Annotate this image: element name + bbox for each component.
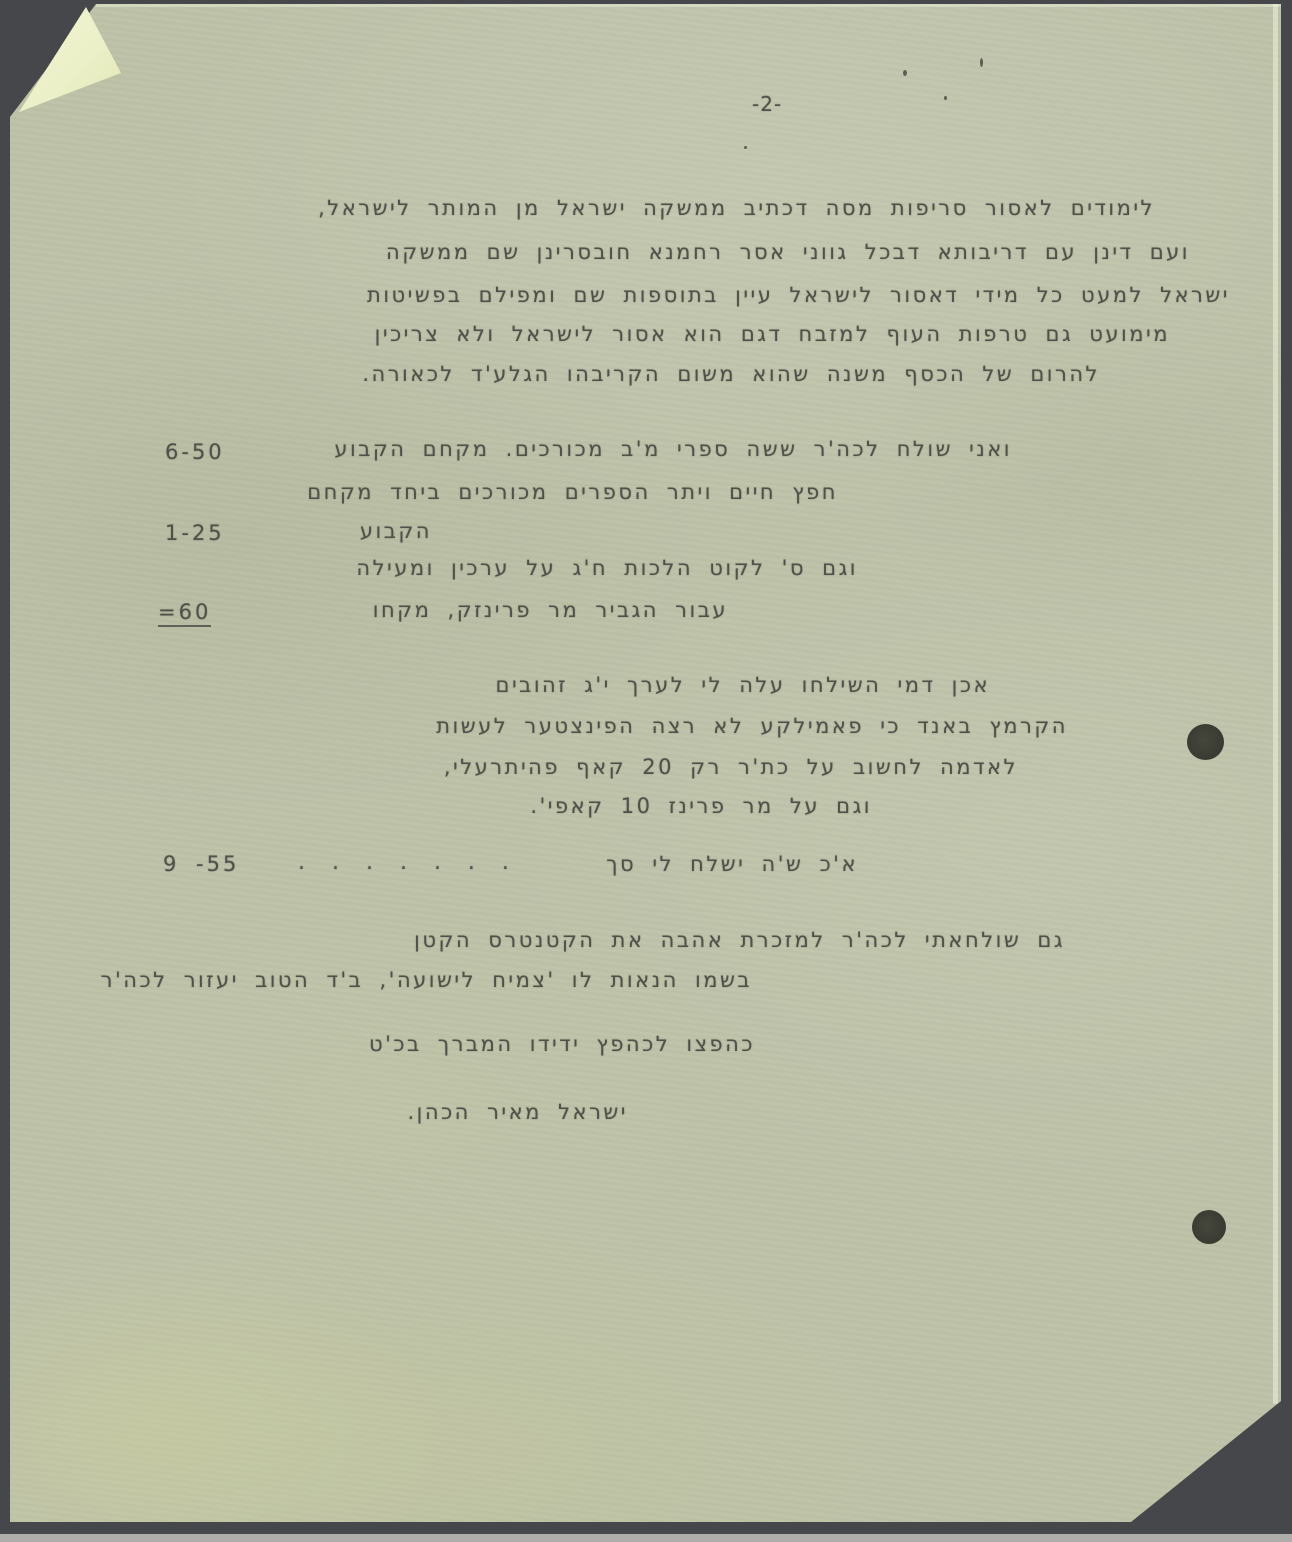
body-line: אכן דמי השילחו עלה לי לערך י'ג זהובים (496, 673, 990, 697)
body-line: מימועט גם טרפות העוף למזבח דגם הוא אסור … (375, 322, 1170, 346)
page-number: -2- (752, 92, 782, 116)
body-line: ואני שולח לכה'ר ששה ספרי מ'ב מכורכים. מק… (334, 437, 1012, 461)
dotted-leader: . . . . . . . (298, 850, 514, 875)
body-line: גם שולחאתי לכה'ר למזכרת אהבה את הקטנטרס … (414, 928, 1065, 952)
amount-chofetz-chaim: 1-25 (165, 521, 225, 545)
body-line: בשמו הנאות לו 'צמיח לישועה', ב'ד הטוב יע… (101, 968, 752, 992)
ink-speck (980, 58, 983, 67)
ink-speck (944, 96, 947, 100)
body-line: הקרמץ באנד כי פאמילקע לא רצה הפינצטער לע… (436, 714, 1068, 738)
ink-speck (744, 146, 747, 149)
body-line: ועם דינן עם דריבותא דבכל גווני אסר רחמנא… (386, 240, 1190, 264)
body-line: להרום של הכסף משנה שהוא משום הקריבהו הגל… (362, 362, 1100, 386)
body-line: הקבוע (360, 519, 432, 543)
ink-speck (903, 70, 907, 76)
body-line: וגם על מר פרינז 10 קאפי'. (530, 794, 872, 818)
amount-books: 6-50 (165, 440, 225, 464)
body-line: עבור הגביר מר פרינזק, מקחו (373, 598, 728, 622)
closing-line: כהפצו לכהפץ ידידו המברך בכ'ט (369, 1032, 755, 1056)
signature: ישראל מאיר הכהן. (407, 1100, 628, 1124)
amount-underlined: =60 (158, 600, 211, 627)
amount-total: 9 -55 (163, 852, 239, 876)
body-line: לאדמה לחשוב על כת'ר רק 20 קאף פהיתרעלי, (444, 755, 1018, 779)
typewritten-text: -2- לימודים לאסור סריפות מסה דכתיב ממשקה… (0, 0, 1292, 1542)
body-line: לימודים לאסור סריפות מסה דכתיב ממשקה ישר… (318, 196, 1155, 220)
body-line: חפץ חיים ויתר הספרים מכורכים ביחד מקחם (307, 480, 838, 504)
total-line-text: א'כ ש'ה ישלח לי סך (606, 852, 858, 876)
body-line: וגם ס' לקוט הלכות ח'ג על ערכין ומעילה (356, 556, 858, 580)
body-line: ישראל למעט כל מידי דאסור לישראל עיין בתו… (367, 283, 1230, 307)
